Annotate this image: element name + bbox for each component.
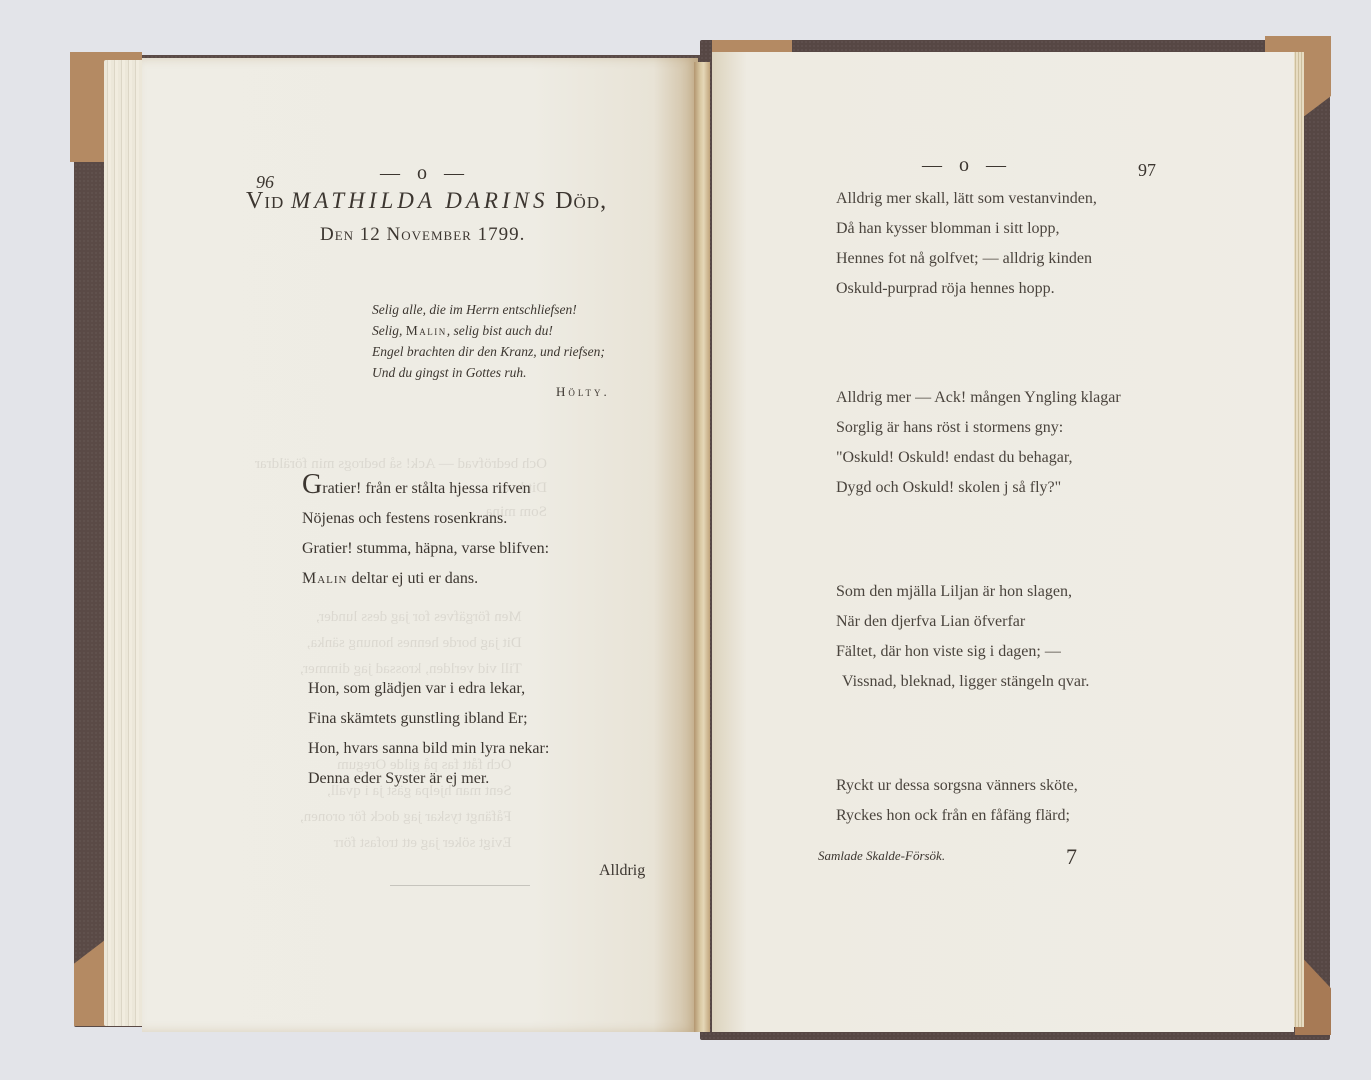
verse-line: Gratier! från er stålta hjessa rifven — [302, 474, 549, 504]
epigraph-line: Selig, Malin, selig bist auch du! — [372, 320, 605, 341]
head-ornament-right: — o — — [922, 154, 1012, 177]
verse-line: Hon, som glädjen var i edra lekar, — [308, 674, 549, 704]
catchword: Alldrig — [599, 862, 645, 880]
verse-line: Alldrig mer — Ack! mången Yngling klagar — [836, 383, 1121, 413]
verse-line: Sorglig är hans röst i stormens gny: — [836, 413, 1121, 443]
drop-cap: G — [302, 469, 322, 500]
verse-line: "Oskuld! Oskuld! endast du behagar, — [836, 443, 1121, 473]
verse-line: Dygd och Oskuld! skolen j så fly?" — [836, 473, 1121, 503]
verse-line: Malin deltar ej uti er dans. — [302, 564, 549, 594]
verse-line: Ryckt ur dessa sorgsna vänners sköte, — [836, 771, 1078, 801]
poem-title: Vid MATHILDA DARINS Död, — [246, 188, 636, 215]
verse-line: Gratier! stumma, häpna, varse blifven: — [302, 534, 549, 564]
epigraph-author: Hölty. — [556, 384, 610, 400]
title-prefix: Vid — [246, 188, 284, 214]
verse-line: Oskuld-purprad röja hennes hopp. — [836, 274, 1097, 304]
stanza-1: Gratier! från er stålta hjessa rifven Nö… — [302, 474, 549, 594]
verse-line: Hon, hvars sanna bild min lyra nekar: — [308, 734, 549, 764]
epigraph-line: Engel brachten dir den Kranz, und riefse… — [372, 341, 605, 362]
verse-line: Vissnad, bleknad, ligger stängeln qvar. — [836, 667, 1089, 697]
verse-line: Som den mjälla Liljan är hon slagen, — [836, 577, 1089, 607]
verse-line: Fina skämtets gunstling ibland Er; — [308, 704, 549, 734]
stanza-4: Alldrig mer — Ack! mången Yngling klagar… — [836, 383, 1121, 503]
poem-date-line: Den 12 November 1799. — [320, 224, 525, 246]
verse-line: När den djerfva Lian öfverfar — [836, 607, 1089, 637]
signature-title: Samlade Skalde-Försök. — [818, 848, 945, 864]
bleed-through-rule — [390, 885, 530, 886]
verse-line: Hennes fot nå golfvet; — alldrig kinden — [836, 244, 1097, 274]
stanza-5: Som den mjälla Liljan är hon slagen, När… — [836, 577, 1089, 697]
epigraph: Selig alle, die im Herrn entschliefsen! … — [372, 299, 605, 383]
verse-line: Ryckes hon ock från en fåfäng flärd; — [836, 801, 1078, 831]
title-suffix: Död, — [555, 188, 607, 214]
stanza-3: Alldrig mer skall, lätt som vestanvinden… — [836, 184, 1097, 304]
epigraph-name: Malin — [406, 323, 447, 338]
epigraph-line: Und du gingst in Gottes ruh. — [372, 362, 605, 383]
verse-line: Denna eder Syster är ej mer. — [308, 764, 549, 794]
page-number-right: 97 — [1138, 160, 1156, 181]
epigraph-line: Selig alle, die im Herrn entschliefsen! — [372, 299, 605, 320]
verse-line: Fältet, där hon viste sig i dagen; — — [836, 637, 1089, 667]
verse-line: Alldrig mer skall, lätt som vestanvinden… — [836, 184, 1097, 214]
book-gutter — [694, 62, 710, 1032]
verse-line: Nöjenas och festens rosenkrans. — [302, 504, 549, 534]
verse-line: Då han kysser blomman i sitt lopp, — [836, 214, 1097, 244]
stanza-6: Ryckt ur dessa sorgsna vänners sköte, Ry… — [836, 771, 1078, 831]
signature-mark: 7 — [1066, 844, 1077, 870]
title-name: MATHILDA DARINS — [291, 188, 548, 213]
stanza-2: Hon, som glädjen var i edra lekar, Fina … — [308, 674, 549, 794]
bleed-through-text: Men förgäfves for jag dess lunder, Dit j… — [300, 604, 522, 682]
head-ornament-left: — o — — [380, 162, 470, 185]
